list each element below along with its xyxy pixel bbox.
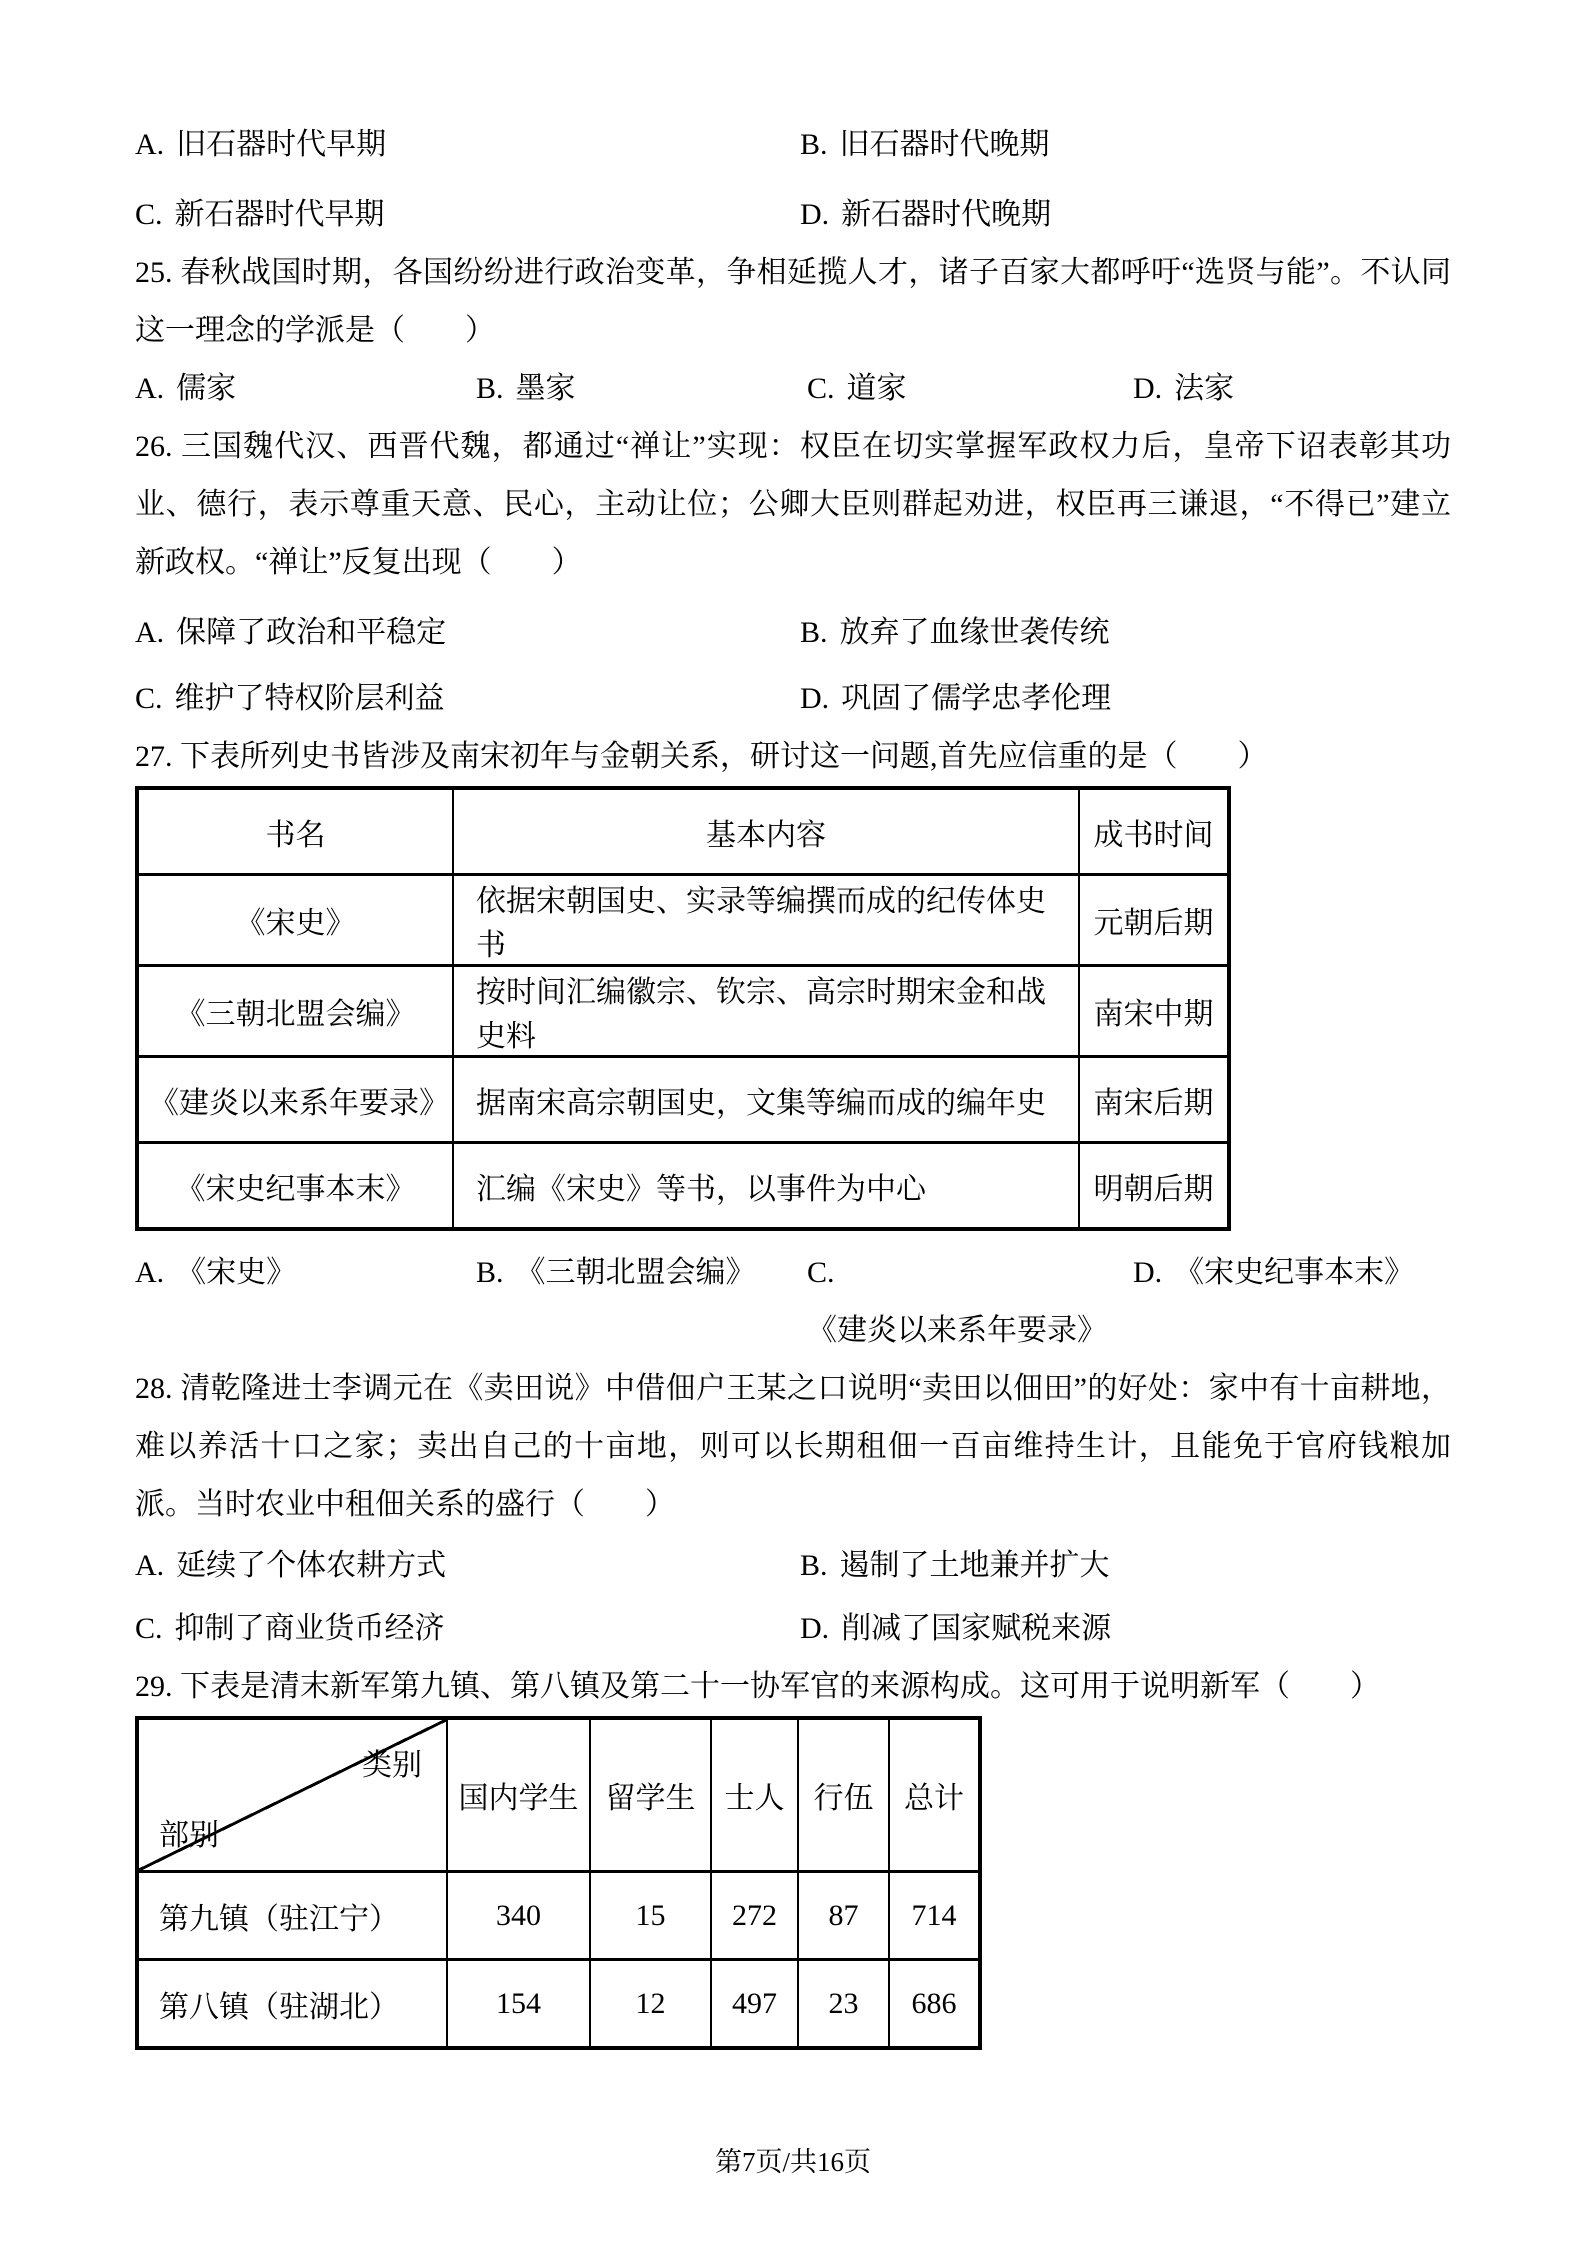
header-completion-time: 成书时间 [1079, 788, 1229, 875]
header-scholars: 士人 [711, 1718, 798, 1872]
option-b: B.放弃了血缘世袭传统 [800, 604, 1451, 662]
option-a: A.保障了政治和平稳定 [135, 604, 800, 662]
header-basic-content: 基本内容 [453, 788, 1079, 875]
option-d: D.法家 [1133, 360, 1451, 418]
table-row: 《宋史纪事本末》 汇编《宋史》等书，以事件为中心 明朝后期 [137, 1143, 1229, 1230]
option-b: B.遏制了土地兼并扩大 [800, 1537, 1451, 1595]
option-c: C.抑制了商业货币经济 [135, 1600, 800, 1658]
question-25-stem: 25. 春秋战国时期，各国纷纷进行政治变革，争相延揽人才，诸子百家大都呼吁“选贤… [135, 244, 1451, 360]
option-d: D.新石器时代晚期 [800, 186, 1451, 244]
option-d: D.削减了国家赋税来源 [800, 1600, 1451, 1658]
header-overseas-students: 留学生 [590, 1718, 711, 1872]
table-row: 第九镇（驻江宁） 340 15 272 87 714 [137, 1872, 980, 1960]
option-c: C.维护了特权阶层利益 [135, 670, 800, 728]
option-c: C.新石器时代早期 [135, 186, 800, 244]
exam-content: A.旧石器时代早期 B.旧石器时代晚期 C.新石器时代早期 D.新石器时代晚期 … [135, 116, 1451, 2050]
question-26-options-row-1: A.保障了政治和平稳定 B.放弃了血缘世袭传统 [135, 604, 1451, 662]
option-a: A.旧石器时代早期 [135, 116, 800, 174]
page-number: 第7页/共16页 [0, 2142, 1586, 2182]
exam-page: A.旧石器时代早期 B.旧石器时代晚期 C.新石器时代早期 D.新石器时代晚期 … [0, 0, 1586, 2244]
option-d: D.巩固了儒学忠孝伦理 [800, 670, 1451, 728]
question-24-options-row-1: A.旧石器时代早期 B.旧石器时代晚期 [135, 116, 1451, 174]
diagonal-corner-cell: 类别 部别 [137, 1718, 447, 1872]
question-28-options-row-2: C.抑制了商业货币经济 D.削减了国家赋税来源 [135, 1600, 1451, 1658]
option-b: B.《三朝北盟会编》 [476, 1244, 807, 1360]
question-27-table: 书名 基本内容 成书时间 《宋史》 依据宋朝国史、实录等编撰而成的纪传体史书 元… [135, 786, 1231, 1231]
table-row: 《宋史》 依据宋朝国史、实录等编撰而成的纪传体史书 元朝后期 [137, 875, 1229, 966]
question-27-options: A.《宋史》 B.《三朝北盟会编》 C.《建炎以来系年要录》 D.《宋史纪事本末… [135, 1244, 1451, 1360]
header-domestic-students: 国内学生 [447, 1718, 590, 1872]
table-header-row: 类别 部别 国内学生 留学生 士人 行伍 总计 [137, 1718, 980, 1872]
question-28-options-row-1: A.延续了个体农耕方式 B.遏制了土地兼并扩大 [135, 1537, 1451, 1595]
question-25-options: A.儒家 B.墨家 C.道家 D.法家 [135, 360, 1451, 418]
option-a: A.《宋史》 [135, 1244, 476, 1360]
question-29-stem: 29. 下表是清末新军第九镇、第八镇及第二十一协军官的来源构成。这可用于说明新军… [135, 1658, 1451, 1716]
table-row: 《三朝北盟会编》 按时间汇编徽宗、钦宗、高宗时期宋金和战史料 南宋中期 [137, 966, 1229, 1057]
option-b: B.旧石器时代晚期 [800, 116, 1451, 174]
table-header-row: 书名 基本内容 成书时间 [137, 788, 1229, 875]
question-27-stem: 27. 下表所列史书皆涉及南宋初年与金朝关系，研讨这一问题,首先应信重的是（ ） [135, 728, 1451, 786]
option-d: D.《宋史纪事本末》 [1133, 1244, 1451, 1360]
option-c: C.《建炎以来系年要录》 [807, 1244, 1133, 1360]
corner-label-unit: 部别 [159, 1810, 219, 1854]
header-rank-and-file: 行伍 [798, 1718, 889, 1872]
table-row: 第八镇（驻湖北） 154 12 497 23 686 [137, 1960, 980, 2049]
header-book-name: 书名 [137, 788, 453, 875]
question-26-stem: 26. 三国魏代汉、西晋代魏，都通过“禅让”实现：权臣在切实掌握军政权力后，皇帝… [135, 418, 1451, 592]
table-row: 《建炎以来系年要录》 据南宋高宗朝国史，文集等编而成的编年史 南宋后期 [137, 1057, 1229, 1143]
question-24-options-row-2: C.新石器时代早期 D.新石器时代晚期 [135, 186, 1451, 244]
option-b: B.墨家 [476, 360, 807, 418]
corner-label-category: 类别 [362, 1740, 422, 1784]
header-total: 总计 [889, 1718, 980, 1872]
question-29-table: 类别 部别 国内学生 留学生 士人 行伍 总计 第九镇（驻江宁） 340 15 … [135, 1716, 982, 2050]
option-c: C.道家 [807, 360, 1133, 418]
option-a: A.延续了个体农耕方式 [135, 1537, 800, 1595]
question-28-stem: 28. 清乾隆进士李调元在《卖田说》中借佃户王某之口说明“卖田以佃田”的好处：家… [135, 1360, 1451, 1534]
option-a: A.儒家 [135, 360, 476, 418]
question-26-options-row-2: C.维护了特权阶层利益 D.巩固了儒学忠孝伦理 [135, 670, 1451, 728]
